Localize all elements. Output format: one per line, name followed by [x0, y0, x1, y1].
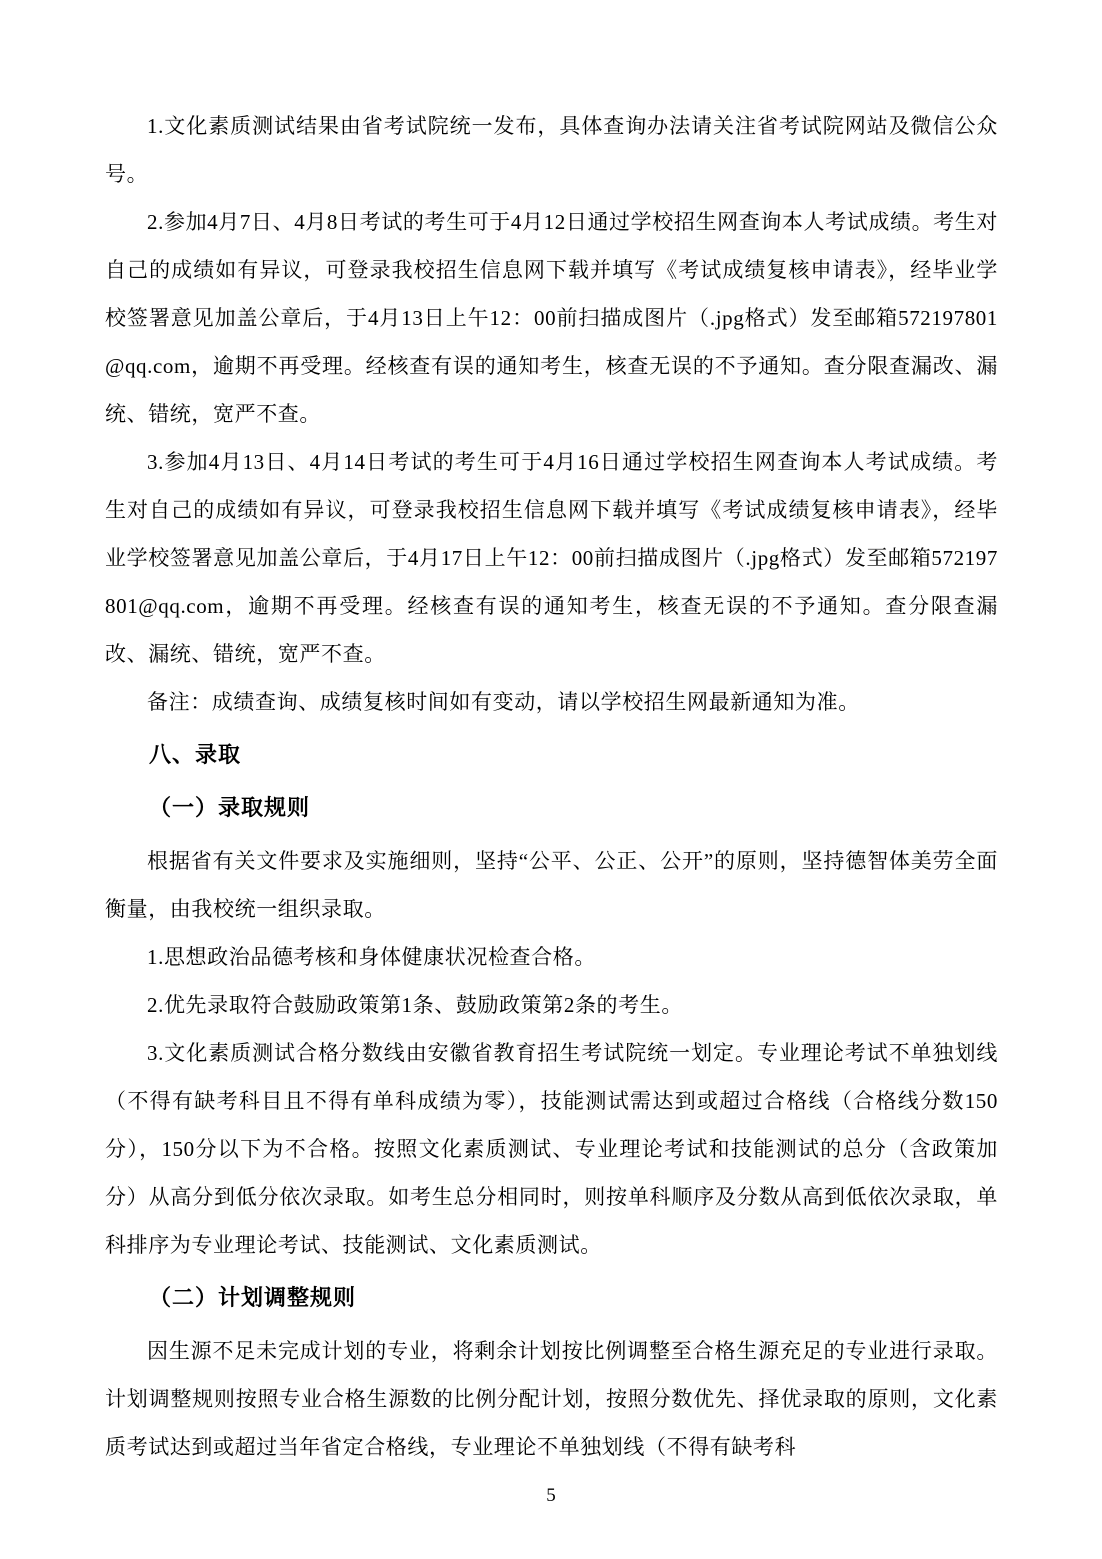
- paragraph-rule-3: 3.文化素质测试合格分数线由安徽省教育招生考试院统一划定。专业理论考试不单独划线…: [105, 1029, 998, 1269]
- paragraph-plan-adjustment: 因生源不足未完成计划的专业，将剩余计划按比例调整至合格生源充足的专业进行录取。计…: [105, 1327, 998, 1471]
- heading-plan-adjustment-rules: （二）计划调整规则: [105, 1274, 998, 1322]
- page-number: 5: [0, 1485, 1102, 1507]
- document-body: 1.文化素质测试结果由省考试院统一发布，具体查询办法请关注省考试院网站及微信公众…: [105, 102, 998, 1471]
- paragraph-rule-2: 2.优先录取符合鼓励政策第1条、鼓励政策第2条的考生。: [105, 981, 998, 1029]
- paragraph-score-review-apr13-14: 3.参加4月13日、4月14日考试的考生可于4月16日通过学校招生网查询本人考试…: [105, 438, 998, 678]
- paragraph-remark: 备注：成绩查询、成绩复核时间如有变动，请以学校招生网最新通知为准。: [105, 678, 998, 726]
- heading-section-8-admission: 八、录取: [105, 731, 998, 779]
- document-page: 1.文化素质测试结果由省考试院统一发布，具体查询办法请关注省考试院网站及微信公众…: [0, 0, 1102, 1559]
- paragraph-score-review-apr7-8: 2.参加4月7日、4月8日考试的考生可于4月12日通过学校招生网查询本人考试成绩…: [105, 198, 998, 438]
- heading-admission-rules: （一）录取规则: [105, 784, 998, 832]
- paragraph-admission-principle: 根据省有关文件要求及实施细则，坚持“公平、公正、公开”的原则，坚持德智体美劳全面…: [105, 837, 998, 933]
- paragraph-rule-1: 1.思想政治品德考核和身体健康状况检查合格。: [105, 933, 998, 981]
- paragraph-score-release: 1.文化素质测试结果由省考试院统一发布，具体查询办法请关注省考试院网站及微信公众…: [105, 102, 998, 198]
